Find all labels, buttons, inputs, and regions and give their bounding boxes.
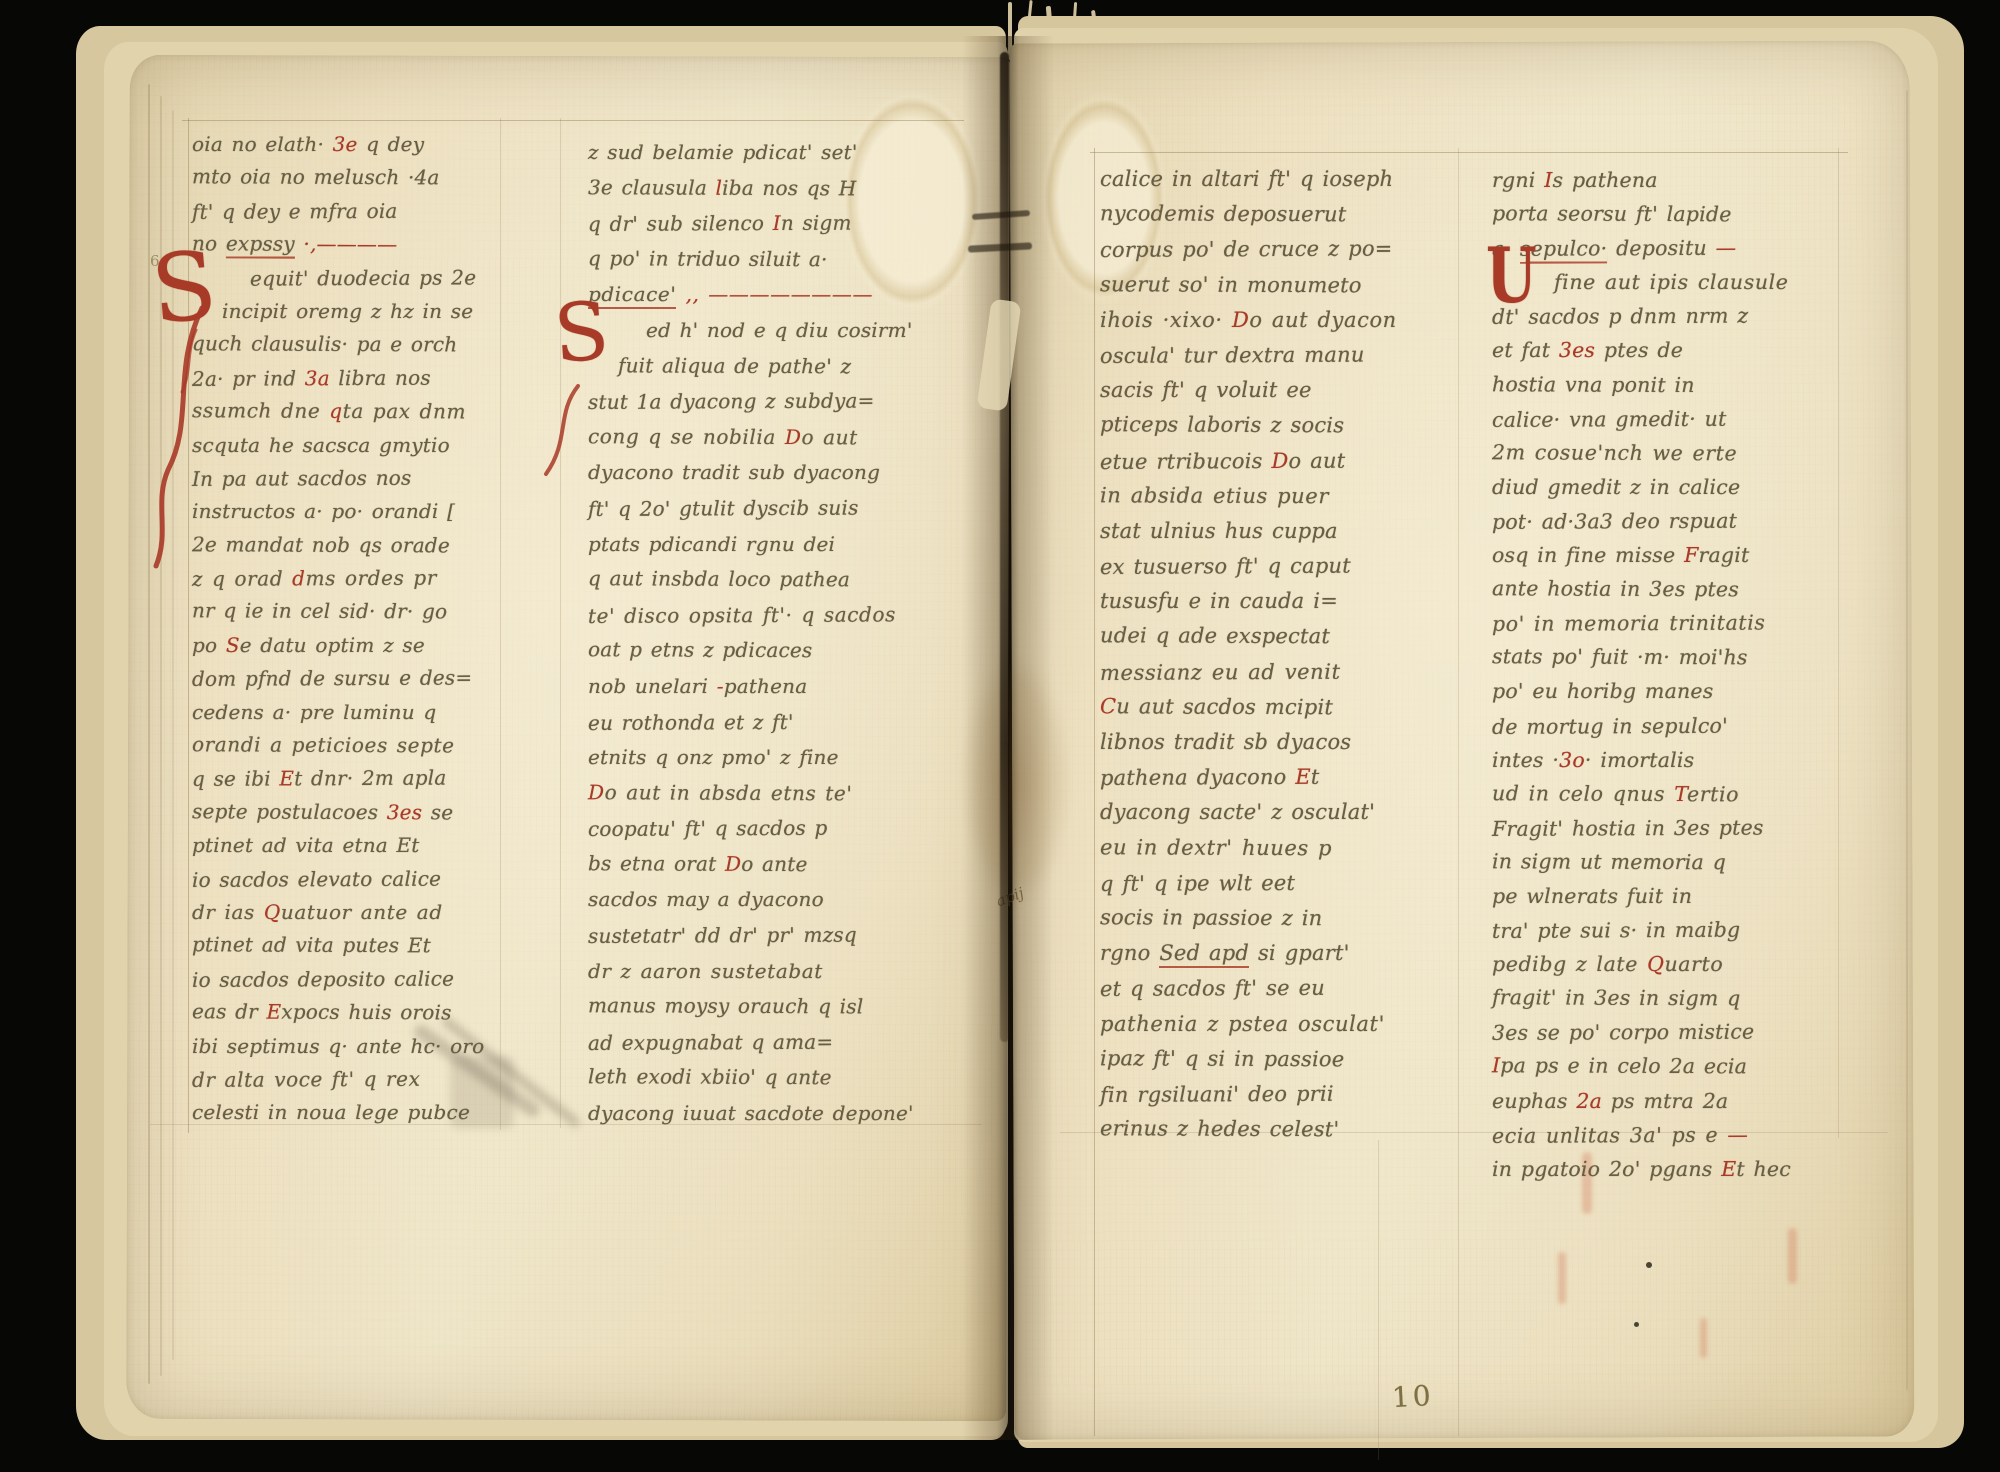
manuscript-text-line: eu rothonda et z ft'	[588, 704, 960, 742]
manuscript-text-line: instructos a· po· orandi [	[192, 495, 532, 528]
manuscript-text-line: fragit' in 3es in sigm q	[1492, 980, 1848, 1016]
manuscript-text-line: z sud belamie pdicat' set'	[588, 135, 960, 171]
ink-text: te' disco opsita ft'· q sacdos	[588, 602, 896, 628]
manuscript-text-line: stat ulnius hus cuppa	[1100, 514, 1460, 549]
manuscript-text-line: 2m cosue'nch we erte	[1492, 435, 1848, 471]
manuscript-text-line: diud gmedit z in calice	[1492, 470, 1848, 504]
ink-text: pathena	[724, 674, 808, 698]
rubric-mark: 2a	[1576, 1089, 1602, 1113]
red-underlined-text: expssy	[226, 232, 295, 257]
ink-text: pedibg z late	[1492, 952, 1647, 976]
ink-text: calice· vna gmedit· ut	[1492, 406, 1727, 431]
manuscript-text-line: rgno Sed apd si gpart'	[1100, 936, 1460, 971]
ink-text: de mortug in sepulco'	[1492, 713, 1728, 738]
manuscript-text-line: In pa aut sacdos nos	[192, 461, 532, 496]
ink-text: ptinet ad vita etna Et	[192, 833, 420, 857]
folio-number: 10	[1391, 1379, 1434, 1414]
ink-text: fin rgsiluani' deo prii	[1100, 1082, 1334, 1107]
manuscript-text-line: ibi septimus q· ante hc· oro	[192, 1030, 532, 1063]
ink-text: stut 1a dyacong z subdya=	[588, 389, 875, 414]
ruling-line	[1378, 1140, 1379, 1460]
manuscript-text-line: euphas 2a ps mtra 2a	[1492, 1084, 1848, 1118]
ink-text: ed h' nod e q diu cosirm'	[646, 318, 913, 342]
left-page-column-2: z sud belamie pdicat' set'3e clausula li…	[588, 135, 960, 1132]
ink-text: scquta he sacsca gmytio	[192, 433, 450, 457]
rubric-mark: D	[785, 425, 802, 449]
ink-text: 3e clausula	[588, 175, 716, 200]
ink-text: ecia unlitas 3a' ps e	[1492, 1122, 1727, 1147]
manuscript-text-line: de mortug in sepulco'	[1492, 708, 1848, 744]
manuscript-text-line: io sacdos elevato calice	[192, 862, 532, 897]
rubric-mark: —	[1727, 1122, 1748, 1146]
ink-text: o aut dyacon	[1249, 308, 1396, 332]
ink-text: t hec	[1736, 1157, 1791, 1181]
ink-text: io sacdos deposito calice	[192, 966, 454, 991]
ink-text: o aut in absda etns te'	[605, 780, 853, 805]
manuscript-text-line: libnos tradit sb dyacos	[1100, 725, 1460, 760]
rubric-mark: 3o	[1559, 748, 1585, 772]
manuscript-text-line: septe postulacoes 3es se	[192, 795, 532, 830]
manuscript-text-line: ptinet ad vita etna Et	[192, 829, 532, 862]
rubric-mark: D	[1271, 448, 1288, 472]
ink-text: dyacong sacte' z osculat'	[1100, 800, 1375, 824]
manuscript-text-line: tususfu e in cauda i=	[1100, 584, 1460, 619]
manuscript-text-line: nycodemis deposuerut	[1100, 196, 1460, 233]
ink-text: pe wlnerats fuit in	[1492, 884, 1692, 908]
ink-text: eas dr	[192, 999, 267, 1023]
manuscript-text-line: dr ias Quatuor ante ad	[192, 896, 532, 929]
manuscript-text-line: dr z aaron sustetabat	[588, 954, 960, 990]
ink-text: nycodemis deposuerut	[1100, 201, 1347, 226]
manuscript-text-line: ihois ·xixo· Do aut dyacon	[1100, 303, 1460, 338]
ink-text: erinus z hedes celest'	[1100, 1116, 1340, 1141]
ink-text: po' in memoria trinitatis	[1492, 611, 1766, 636]
manuscript-text-line: po Se datu optim z se	[192, 629, 532, 662]
ink-text: udei q ade exspectat	[1100, 624, 1330, 649]
manuscript-text-line: manus moysy orauch q isl	[588, 988, 960, 1025]
ink-text: ante hostia in 3es ptes	[1492, 576, 1739, 601]
manuscript-text-line: cedens a· pre luminu q	[192, 696, 532, 729]
manuscript-text-line: 3e clausula liba nos qs H	[588, 170, 960, 207]
ink-text: septe postulacoes	[192, 799, 387, 824]
ink-text: z sud belamie pdicat' set'	[588, 140, 858, 164]
ink-text: pathenia z pstea osculat'	[1100, 1012, 1385, 1036]
rubric-mark: —	[1716, 236, 1737, 260]
ink-text: instructos a· po· orandi [	[192, 499, 455, 523]
ink-text: cong q se nobilia	[588, 424, 785, 449]
right-page-column-1: calice in altari ft' q iosephnycodemis d…	[1100, 162, 1460, 1147]
rubric-mark: 3e	[333, 132, 358, 156]
manuscript-text-line: dyacong sacte' z osculat'	[1100, 795, 1460, 830]
ink-text: dyacong iuuat sacdote depone'	[588, 1101, 914, 1125]
ink-text: iba nos qs H	[722, 175, 856, 200]
ink-text: dr ias	[192, 900, 264, 924]
manuscript-text-line: quch clausulis· pa e orch	[192, 328, 532, 363]
ink-text: pathena dyacono	[1100, 765, 1295, 790]
ink-text: xpocs huis orois	[281, 1000, 451, 1025]
ink-text: eu rothonda et z ft'	[588, 709, 794, 734]
manuscript-text-line: Cu aut sacdos mcipit	[1100, 689, 1460, 726]
red-underlined-text: Sed apd	[1159, 941, 1249, 966]
ink-text: bs etna orat	[588, 851, 725, 876]
manuscript-text-line: suerut so' in monumeto	[1100, 267, 1460, 304]
manuscript-text-line: orandi a peticioes septe	[192, 728, 532, 763]
ink-text: ex tusuerso ft' q caput	[1100, 554, 1351, 579]
manuscript-text-line: mto oia no melusch ·4a	[192, 161, 532, 196]
ink-text: messianz eu ad venit	[1100, 659, 1341, 684]
manuscript-text-line: q aut insbda loco pathea	[588, 561, 960, 598]
ink-text: q dr' sub silenco	[588, 211, 773, 236]
ink-text: et q sacdos ft' se eu	[1100, 976, 1325, 1001]
manuscript-photo: oia no elath· 3e q deymto oia no melusch…	[0, 0, 2000, 1472]
manuscript-text-line: coopatu' ft' q sacdos p	[588, 810, 960, 848]
manuscript-text-line: et fat 3es ptes de	[1492, 333, 1848, 367]
ink-text: fine aut ipis clausule	[1554, 270, 1789, 294]
manuscript-text-line: pdicace' ‚‚ ————————	[588, 277, 960, 313]
rubric-mark: C	[1100, 694, 1116, 718]
ink-text: nob unelari	[588, 674, 717, 698]
ink-text: cedens a· pre luminu q	[192, 700, 436, 724]
ink-text: ihois ·xixo·	[1100, 308, 1232, 332]
manuscript-text-line: socis in passioe z in	[1100, 900, 1460, 937]
rubric-mark: -	[717, 674, 724, 698]
manuscript-text-line: stut 1a dyacong z subdya=	[588, 383, 960, 421]
manuscript-text-line: ad expugnabat q ama=	[588, 1024, 960, 1062]
ink-text: manus moysy orauch q isl	[588, 993, 863, 1018]
manuscript-text-line: etnits q onz pmo' z fine	[588, 740, 960, 776]
manuscript-text-line: ssumch dne qta pax dnm	[192, 394, 532, 429]
rubric-flourish-left-col2	[534, 382, 590, 482]
ink-text: incipit oremg z hz in se	[222, 299, 473, 323]
right-page-column-2: rgni Is pathenaporta seorsu ft' lapidea·…	[1492, 163, 1848, 1186]
ink-text: oia no elath·	[192, 132, 333, 156]
manuscript-text-line: ex tusuerso ft' q caput	[1100, 548, 1460, 585]
ink-text: corpus po' de cruce z po=	[1100, 237, 1393, 263]
ruling-line	[182, 120, 964, 121]
rubric-mark: Q	[1647, 952, 1664, 976]
manuscript-text-line: po' eu horibg manes	[1492, 674, 1848, 708]
ink-text: etue rtribucois	[1100, 449, 1272, 474]
manuscript-text-line: nob unelari -pathena	[588, 669, 960, 705]
manuscript-text-line: fine aut ipis clausule	[1492, 265, 1848, 299]
ink-text: pa ps e in celo 2a ecia	[1500, 1054, 1747, 1079]
ink-text: ptes de	[1595, 338, 1683, 362]
manuscript-text-line: fuit aliqua de pathe' z	[588, 348, 960, 385]
ink-text: uarto	[1665, 952, 1724, 976]
ink-text: · imortalis	[1585, 748, 1694, 772]
rubric-mark: D	[1232, 308, 1249, 332]
ink-text: dr z aaron sustetabat	[588, 959, 823, 983]
ink-text: sacdos may a dyacono	[588, 887, 824, 911]
manuscript-text-line: ptats pdicandi rgnu dei	[588, 527, 960, 563]
ink-text: eu in dextr' huues p	[1100, 835, 1332, 860]
ink-text: nr q ie in cel sid· dr· go	[192, 599, 447, 624]
ink-text: libra nos	[330, 365, 431, 390]
manuscript-text-line: calice· vna gmedit· ut	[1492, 401, 1848, 437]
manuscript-text-line: z q orad dms ordes pr	[192, 561, 532, 596]
ink-text: quch clausulis· pa e orch	[192, 332, 458, 357]
manuscript-text-line: pticeps laboris z socis	[1100, 408, 1460, 445]
ink-text: t dnr· 2m apla	[294, 766, 446, 791]
ink-text: hostia vna ponit in	[1492, 372, 1695, 397]
ink-text: stats po' fuit ·m· moi'hs	[1492, 645, 1748, 670]
ink-text: ud in celo qnus	[1492, 781, 1674, 806]
ink-text: 3es se po' corpo mistice	[1492, 1020, 1754, 1045]
ink-text: suerut so' in monumeto	[1100, 272, 1362, 297]
ink-text: oscula' tur dextra manu	[1100, 342, 1365, 367]
manuscript-text-line: no expssy ·‚————	[192, 227, 532, 262]
red-pigment-drip	[1700, 1318, 1707, 1358]
manuscript-text-line: eas dr Expocs huis orois	[192, 995, 532, 1030]
rubric-flourish-left	[138, 300, 228, 590]
manuscript-text-line: et q sacdos ft' se eu	[1100, 970, 1460, 1007]
rubric-mark: ·‚————	[303, 232, 397, 256]
ink-text: ragit	[1699, 543, 1750, 567]
red-pigment-drip	[1788, 1228, 1797, 1284]
manuscript-text-line: erinus z hedes celest'	[1100, 1111, 1460, 1148]
page-fold-crease	[1906, 90, 1908, 1390]
manuscript-text-line: udei q ade exspectat	[1100, 619, 1460, 656]
ink-text: stat ulnius hus cuppa	[1100, 519, 1338, 543]
rubric-mark: E	[279, 767, 294, 791]
manuscript-text-line: in sigm ut memoria q	[1492, 844, 1848, 880]
rubric-mark: E	[266, 1000, 281, 1024]
ink-text: po' eu horibg manes	[1492, 679, 1713, 703]
manuscript-text-line: pot· ad·3a3 deo rspuat	[1492, 503, 1848, 539]
rubric-mark: D	[725, 852, 741, 876]
manuscript-text-line: q dr' sub silenco In sigm	[588, 205, 960, 243]
manuscript-text-line: in absida etius puer	[1100, 478, 1460, 515]
manuscript-text-line: oat p etns z pdicaces	[588, 633, 960, 670]
manuscript-text-line: oscula' tur dextra manu	[1100, 337, 1460, 374]
ink-text: u aut sacdos mcipit	[1116, 694, 1333, 719]
rubric-mark: ‚‚ ————————	[685, 282, 873, 306]
ink-text: ms ordes pr	[305, 566, 437, 591]
manuscript-text-line: oia no elath· 3e q dey	[192, 128, 532, 161]
manuscript-text-line: nr q ie in cel sid· dr· go	[192, 595, 532, 630]
ink-text: ta pax dnm	[343, 399, 466, 424]
manuscript-text-line: fin rgsiluani' deo prii	[1100, 1076, 1460, 1113]
ink-text: uatuor ante ad	[281, 900, 443, 924]
manuscript-text-line: Fragit' hostia in 3es ptes	[1492, 810, 1848, 846]
manuscript-text-line: eu in dextr' huues p	[1100, 830, 1460, 867]
left-page-column-1: oia no elath· 3e q deymto oia no melusch…	[192, 128, 532, 1130]
ink-text: 2m cosue'nch we erte	[1492, 440, 1737, 465]
manuscript-text-line: io sacdos deposito calice	[192, 962, 532, 997]
ink-text: po	[192, 633, 226, 657]
ink-spot	[1634, 1322, 1639, 1327]
manuscript-text-line: corpus po' de cruce z po=	[1100, 231, 1460, 268]
ink-text: celesti in noua lege pubce	[192, 1100, 470, 1124]
ink-text: o aut	[801, 425, 857, 449]
manuscript-text-line: pathenia z pstea osculat'	[1100, 1007, 1460, 1042]
ruling-line	[1090, 152, 1848, 153]
ink-text: equit' duodecia ps 2e	[250, 265, 476, 290]
manuscript-text-line: dyacono tradit sub dyacong	[588, 455, 960, 491]
ink-text: dom pfnd de sursu e des=	[192, 666, 472, 691]
ink-text: oat p etns z pdicaces	[588, 638, 813, 663]
ink-text: dt' sacdos p dnm nrm z	[1492, 304, 1748, 329]
ink-text: in pgatoio 2o' pgans	[1492, 1157, 1721, 1181]
manuscript-text-line: incipit oremg z hz in se	[192, 295, 532, 328]
ink-text: calice in altari ft' q ioseph	[1100, 167, 1393, 191]
ruling-line	[560, 118, 561, 1128]
ink-text: in absida etius puer	[1100, 483, 1329, 508]
manuscript-text-line: tra' pte sui s· in maibg	[1492, 912, 1848, 948]
manuscript-text-line: celesti in noua lege pubce	[192, 1096, 532, 1129]
manuscript-text-line: ptinet ad vita putes Et	[192, 929, 532, 964]
manuscript-text-line: hostia vna ponit in	[1492, 367, 1848, 403]
manuscript-text-line: intes ·3o· imortalis	[1492, 743, 1848, 777]
manuscript-text-line: leth exodi xbiio' q ante	[588, 1060, 960, 1097]
rubric-mark: E	[1721, 1157, 1736, 1181]
ink-text: dyacono tradit sub dyacong	[588, 460, 880, 484]
rubric-mark: d	[292, 566, 306, 590]
ruling-line	[1094, 148, 1095, 1436]
ink-text: leth exodi xbiio' q ante	[588, 1065, 832, 1090]
rubric-mark: 3es	[387, 800, 423, 824]
manuscript-text-line: etue rtribucois Do aut	[1100, 443, 1460, 480]
manuscript-text-line: q se ibi Et dnr· 2m apla	[192, 762, 532, 797]
quire-mark: 6	[150, 252, 160, 270]
manuscript-text-line: pathena dyacono Et	[1100, 759, 1460, 796]
manuscript-text-line: te' disco opsita ft'· q sacdos	[588, 597, 960, 635]
rubric-mark: Q	[264, 900, 281, 924]
manuscript-text-line: po' in memoria trinitatis	[1492, 605, 1848, 641]
ink-text: socis in passioe z in	[1100, 905, 1323, 930]
ink-text: e datu optim z se	[240, 633, 425, 657]
ink-text: dr alta voce ft' q rex	[192, 1067, 421, 1092]
ink-text: ft' q dey e mfra oia	[192, 199, 398, 224]
ink-text: io sacdos elevato calice	[192, 866, 441, 891]
manuscript-text-line: 2e mandat nob qs orade	[192, 528, 532, 563]
ink-text: Fragit' hostia in 3es ptes	[1492, 815, 1764, 840]
rubric-mark: D	[588, 780, 605, 804]
manuscript-text-line: ecia unlitas 3a' ps e —	[1492, 1117, 1848, 1153]
ink-text: q se ibi	[192, 767, 279, 791]
ink-text: q dey	[358, 132, 425, 156]
manuscript-text-line: cong q se nobilia Do aut	[588, 419, 960, 456]
manuscript-text-line: 3es se po' corpo mistice	[1492, 1014, 1848, 1050]
manuscript-text-line: pe wlnerats fuit in	[1492, 879, 1848, 913]
manuscript-text-line: ud in celo qnus Tertio	[1492, 776, 1848, 812]
manuscript-text-line: q po' in triduo siluit a·	[588, 241, 960, 278]
manuscript-text-line: equit' duodecia ps 2e	[192, 261, 532, 296]
ink-text: intes ·	[1492, 748, 1559, 772]
rubric-mark: I	[1544, 168, 1552, 192]
manuscript-text-line: 2a· pr ind 3a libra nos	[192, 361, 532, 396]
ink-text: o ante	[741, 852, 807, 876]
manuscript-text-line: stats po' fuit ·m· moi'hs	[1492, 640, 1848, 676]
manuscript-text-line: sacdos may a dyacono	[588, 882, 960, 918]
ink-text: s pathena	[1553, 168, 1658, 192]
ink-text: orandi a peticioes septe	[192, 732, 455, 757]
ink-text: et fat	[1492, 338, 1559, 362]
rubric-mark: S	[226, 633, 240, 657]
ink-text: o aut	[1288, 448, 1345, 472]
manuscript-text-line: messianz eu ad venit	[1100, 654, 1460, 691]
manuscript-text-line: Ipa ps e in celo 2a ecia	[1492, 1049, 1848, 1085]
ink-text: n sigm	[781, 211, 852, 235]
ink-text: ps mtra 2a	[1602, 1089, 1728, 1113]
manuscript-text-line: ante hostia in 3es ptes	[1492, 571, 1848, 607]
ink-text: depositu	[1607, 236, 1715, 261]
ink-text: pot· ad·3a3 deo rspuat	[1492, 509, 1737, 534]
manuscript-text-line: ft' q dey e mfra oia	[192, 194, 532, 229]
ink-text: ipaz ft' q si in passioe	[1100, 1046, 1344, 1071]
manuscript-text-line: ft' q 2o' gtulit dyscib suis	[588, 490, 960, 528]
ink-text: mto oia no melusch ·4a	[192, 165, 440, 190]
page-fold-crease	[148, 84, 150, 1384]
ink-text: coopatu' ft' q sacdos p	[588, 816, 828, 841]
ink-text: diud gmedit z in calice	[1492, 475, 1740, 499]
manuscript-text-line: Do aut in absda etns te'	[588, 775, 960, 812]
ink-text: pticeps laboris z socis	[1100, 413, 1344, 438]
ink-text: se	[422, 800, 453, 824]
manuscript-text-line: ed h' nod e q diu cosirm'	[588, 313, 960, 349]
manuscript-text-line: in pgatoio 2o' pgans Et hec	[1492, 1152, 1848, 1186]
ink-text: q ft' q ipe wlt eet	[1100, 871, 1295, 896]
manuscript-text-line: dr alta voce ft' q rex	[192, 1062, 532, 1097]
manuscript-text-line: rgni Is pathena	[1492, 163, 1848, 197]
ink-text: rgni	[1492, 168, 1544, 192]
ink-text: q po' in triduo siluit a·	[588, 246, 828, 271]
ink-text: ertio	[1687, 782, 1739, 806]
ink-text: tra' pte sui s· in maibg	[1492, 918, 1740, 943]
ink-text: fuit aliqua de pathe' z	[618, 353, 851, 378]
manuscript-text-line: sustetatr' dd dr' pr' mzsq	[588, 917, 960, 955]
rubric-mark: I	[773, 211, 781, 235]
manuscript-text-line: ipaz ft' q si in passioe	[1100, 1041, 1460, 1078]
rubric-mark: 3a	[305, 366, 330, 390]
ink-text: libnos tradit sb dyacos	[1100, 730, 1351, 754]
ink-text: ad expugnabat q ama=	[588, 1030, 833, 1055]
manuscript-text-line: scquta he sacsca gmytio	[192, 429, 532, 462]
ink-text: 2e mandat nob qs orade	[192, 532, 450, 557]
rubric-mark: E	[1295, 765, 1311, 789]
ink-spot	[1646, 1262, 1652, 1268]
rubric-mark: T	[1674, 782, 1687, 806]
manuscript-text-line: a· sepulco· depositu —	[1492, 230, 1848, 266]
ink-text: ibi septimus q· ante hc· oro	[192, 1034, 484, 1058]
rubric-mark: q	[329, 399, 343, 423]
ink-text: osq in fine misse	[1492, 543, 1684, 567]
manuscript-text-line: dom pfnd de sursu e des=	[192, 661, 532, 696]
manuscript-text-line: q ft' q ipe wlt eet	[1100, 865, 1460, 902]
ink-text: ptats pdicandi rgnu dei	[588, 532, 835, 556]
ink-text: si gpart'	[1249, 941, 1350, 965]
ink-text: ptinet ad vita putes Et	[192, 933, 431, 958]
ink-text: sustetatr' dd dr' pr' mzsq	[588, 923, 857, 948]
ink-text: etnits q onz pmo' z fine	[588, 745, 839, 769]
ink-text: rgno	[1100, 941, 1159, 965]
ink-text: fragit' in 3es in sigm q	[1492, 985, 1741, 1010]
manuscript-text-line: dyacong iuuat sacdote depone'	[588, 1096, 960, 1132]
ink-text: sacis ft' q voluit ee	[1100, 378, 1312, 402]
manuscript-text-line: pedibg z late Quarto	[1492, 947, 1848, 981]
manuscript-text-line: porta seorsu ft' lapide	[1492, 196, 1848, 232]
ink-text: q aut insbda loco pathea	[588, 566, 850, 591]
manuscript-text-line: calice in altari ft' q ioseph	[1100, 162, 1460, 197]
rubric-mark: F	[1684, 543, 1698, 567]
ink-text: ft' q 2o' gtulit dyscib suis	[588, 495, 859, 520]
ink-text: euphas	[1492, 1089, 1576, 1113]
manuscript-text-line: dt' sacdos p dnm nrm z	[1492, 298, 1848, 334]
ink-text: tususfu e in cauda i=	[1100, 589, 1338, 613]
manuscript-text-line: sacis ft' q voluit ee	[1100, 373, 1460, 408]
manuscript-text-line: osq in fine misse Fragit	[1492, 538, 1848, 572]
red-pigment-drip	[1558, 1252, 1566, 1304]
